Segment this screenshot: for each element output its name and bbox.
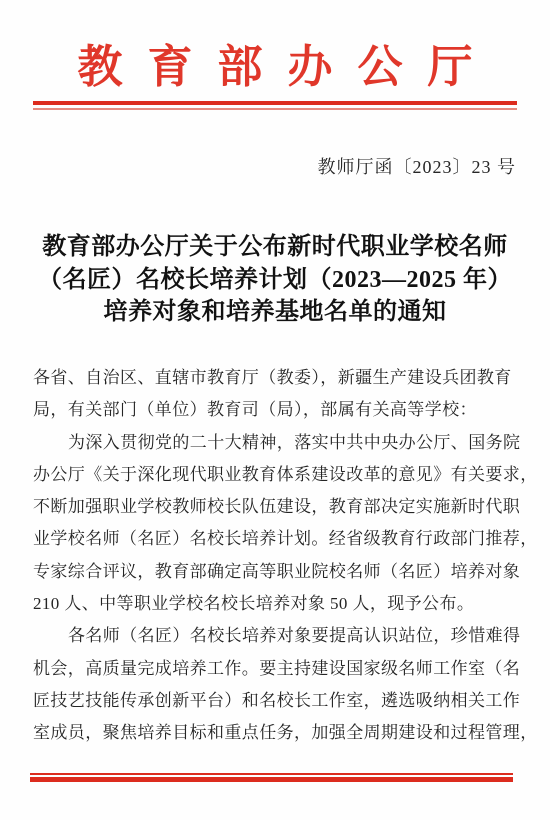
- document-number: 教师厅函〔2023〕23 号: [318, 155, 517, 180]
- header-divider-thick-line: [33, 101, 517, 105]
- footer-divider-thin-line: [30, 773, 513, 775]
- footer-divider: [30, 773, 513, 782]
- footer-divider-thick-line: [30, 777, 513, 782]
- document-page: 教育部办公厅 教师厅函〔2023〕23 号 教育部办公厅关于公布新时代职业学校名…: [0, 0, 550, 820]
- body-line: 匠技艺技能传承创新平台）和名校长工作室，遴选吸纳相关工作: [33, 685, 519, 717]
- body-line: 业学校名师（名匠）名校长培养计划。经省级教育行政部门推荐，: [33, 523, 519, 555]
- header-divider-thin-line: [33, 108, 517, 110]
- header-divider: [33, 101, 517, 110]
- document-body: 各省、自治区、直辖市教育厅（教委），新疆生产建设兵团教育 局，有关部门（单位）教…: [33, 362, 519, 750]
- body-line: 210 人、中等职业学校名校长培养对象 50 人，现予公布。: [33, 588, 519, 620]
- body-line: 各名师（名匠）名校长培养对象要提高认识站位，珍惜难得: [33, 620, 519, 652]
- body-line: 办公厅《关于深化现代职业教育体系建设改革的意见》有关要求，: [33, 459, 519, 491]
- issuing-agency-title: 教育部办公厅: [0, 30, 550, 95]
- body-line: 专家综合评议，教育部确定高等职业院校名师（名匠）培养对象: [33, 556, 519, 588]
- document-title: 教育部办公厅关于公布新时代职业学校名师 （名匠）名校长培养计划（2023—202…: [15, 231, 535, 329]
- document-title-line: 培养对象和培养基地名单的通知: [15, 296, 535, 329]
- document-title-line: 教育部办公厅关于公布新时代职业学校名师: [15, 231, 535, 264]
- document-title-line: （名匠）名校长培养计划（2023—2025 年）: [15, 264, 535, 297]
- body-line: 不断加强职业学校教师校长队伍建设，教育部决定实施新时代职: [33, 491, 519, 523]
- body-line: 机会，高质量完成培养工作。要主持建设国家级名师工作室（名: [33, 653, 519, 685]
- body-line: 室成员，聚焦培养目标和重点任务，加强全周期建设和过程管理，: [33, 717, 519, 749]
- body-line: 局，有关部门（单位）教育司（局），部属有关高等学校：: [33, 394, 519, 426]
- body-line: 各省、自治区、直辖市教育厅（教委），新疆生产建设兵团教育: [33, 362, 519, 394]
- body-line: 为深入贯彻党的二十大精神，落实中共中央办公厅、国务院: [33, 427, 519, 459]
